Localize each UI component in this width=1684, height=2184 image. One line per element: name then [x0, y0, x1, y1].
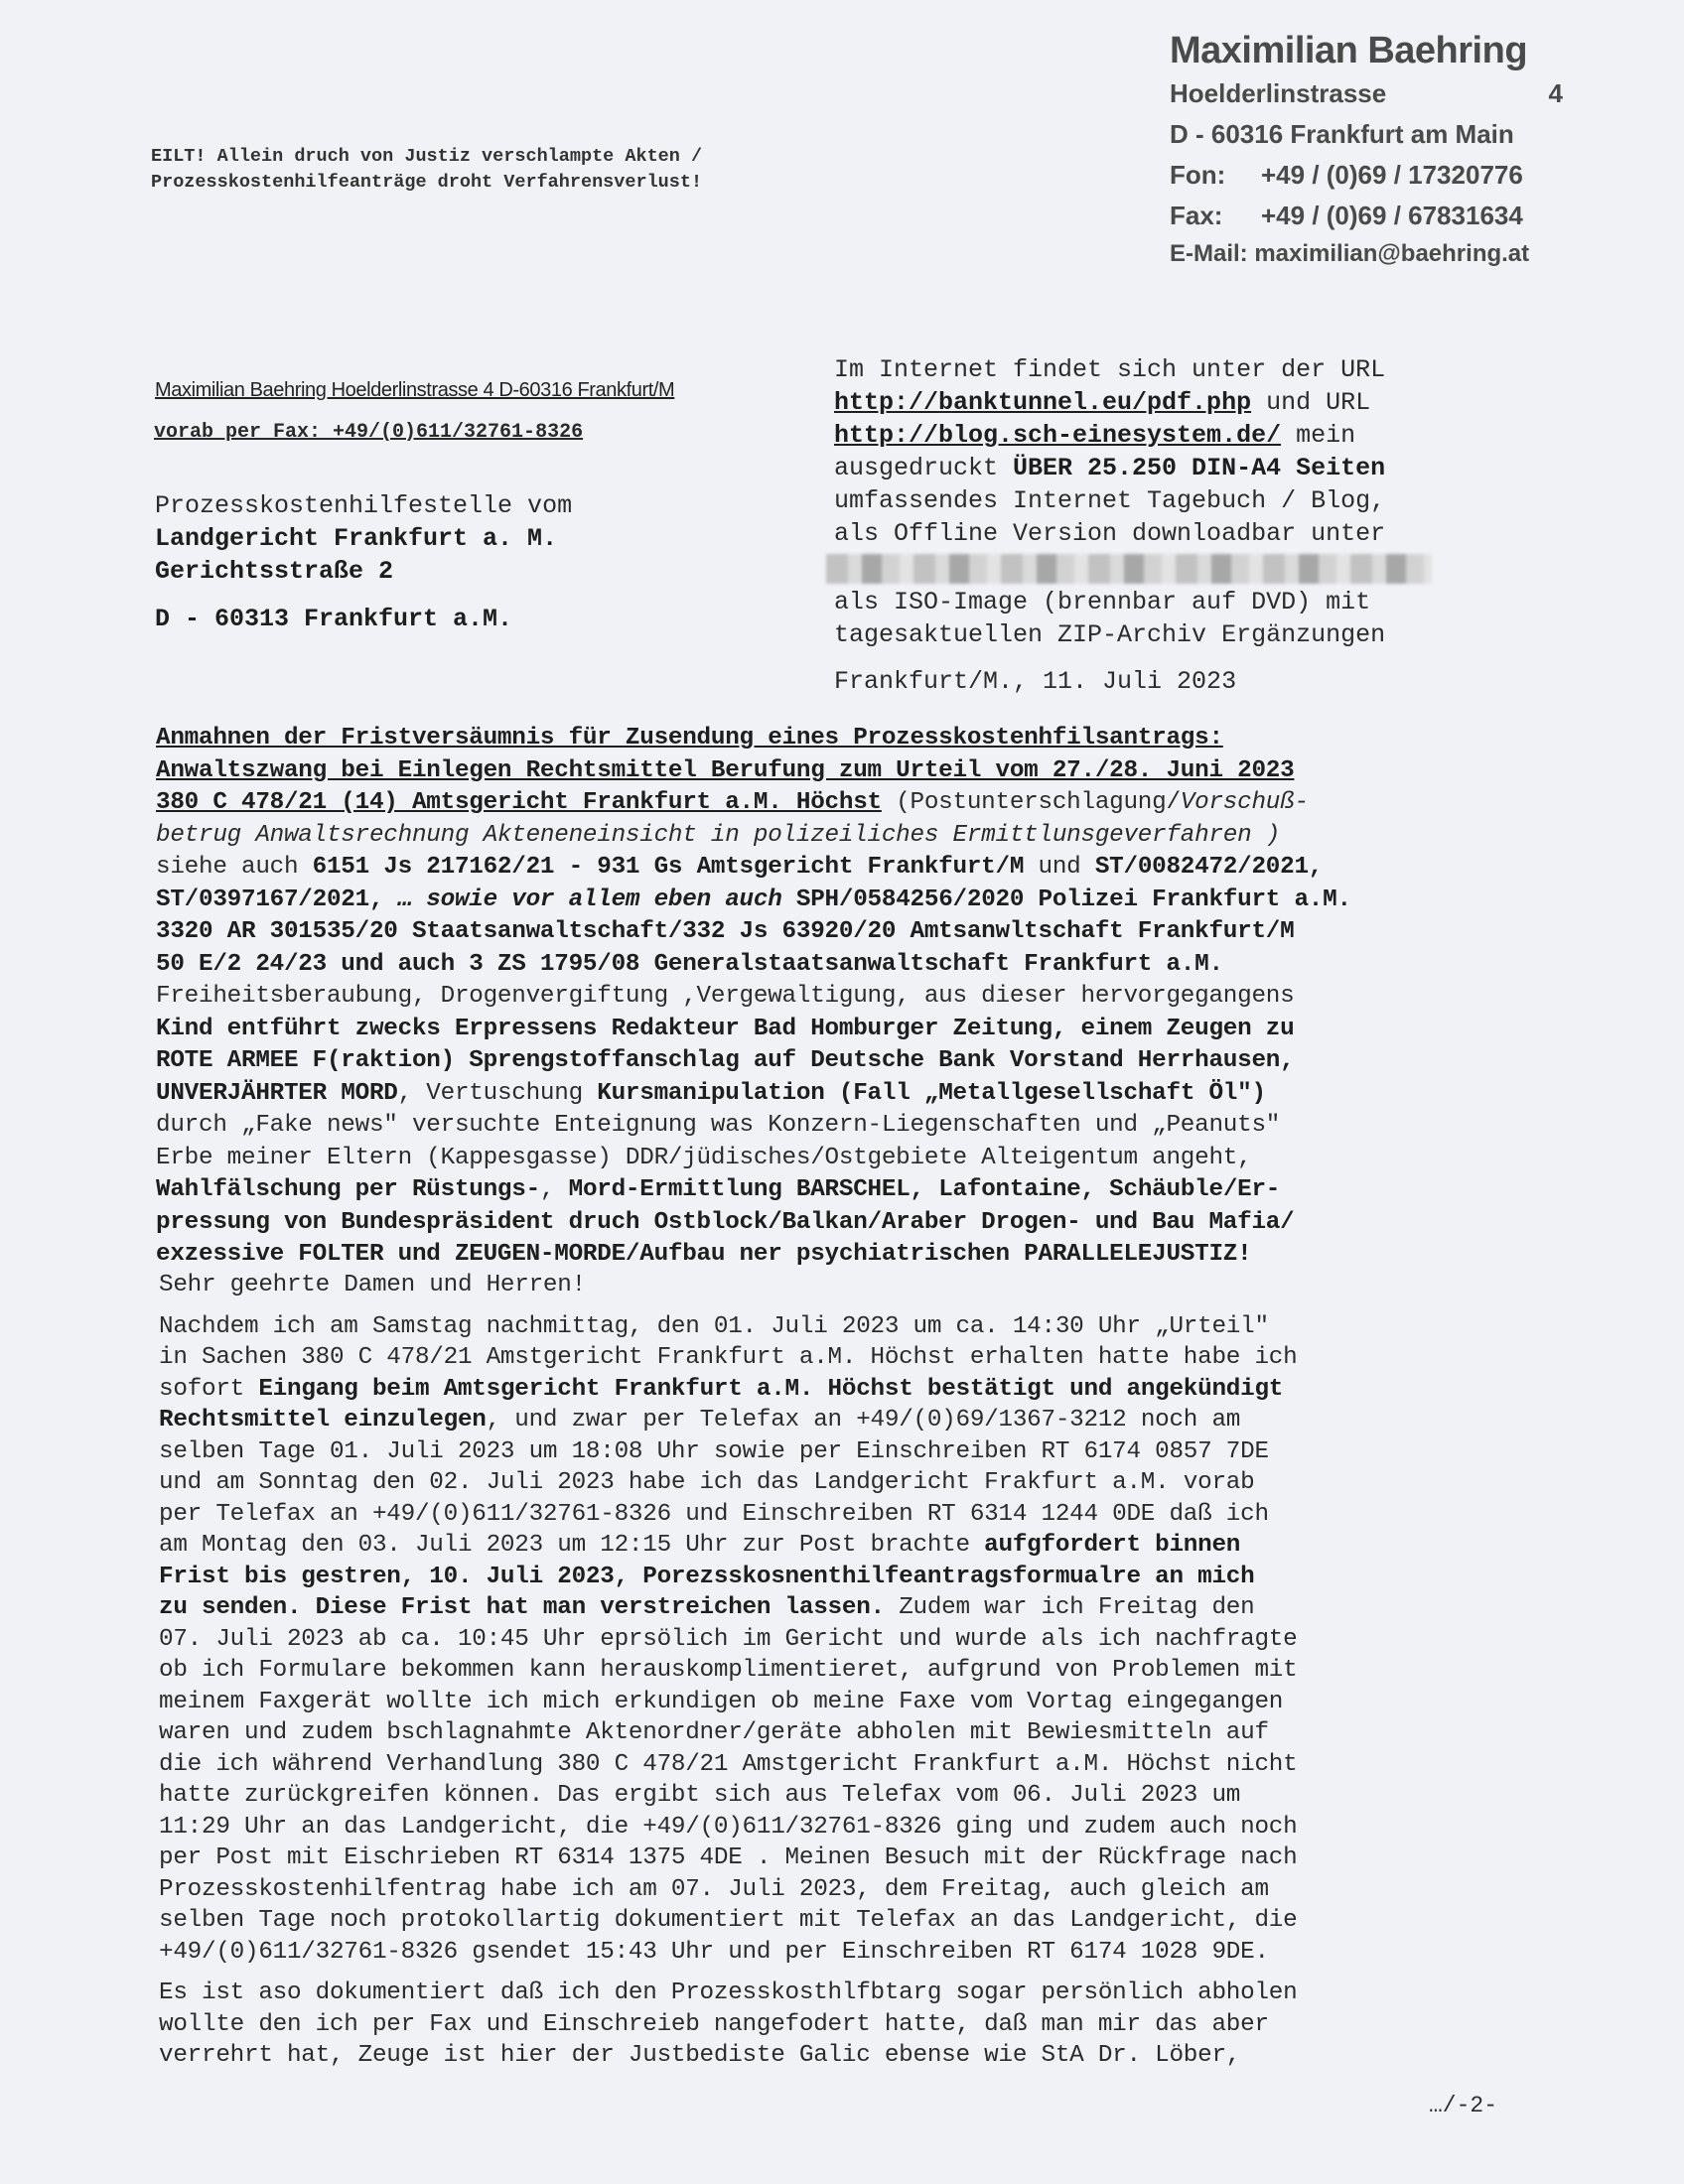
recipient-dept: Prozesskostenhilfestelle vom: [155, 489, 572, 522]
body-line: per Telefax an +49/(0)611/32761-8326 und…: [159, 1499, 1509, 1531]
fax-label: Fax:: [1170, 196, 1261, 236]
recipient-court: Landgericht Frankfurt a. M.: [155, 522, 572, 555]
body-line: zu senden. Diese Frist hat man verstreic…: [159, 1592, 1509, 1624]
redacted-url: [826, 554, 1432, 584]
page-continuation: …/-2-: [1429, 2093, 1497, 2118]
subject-line: pressung von Bundespräsident druch Ostbl…: [156, 1207, 1506, 1240]
emphasis-text: Frist bis gestren, 10. Juli 2023, Porezs…: [159, 1564, 1254, 1590]
recipient-address: Prozesskostenhilfestelle vom Landgericht…: [155, 489, 572, 635]
subject-text: (Postunterschlagung/: [882, 789, 1181, 816]
subject-line: betrug Anwaltsrechnung Akteneneinsicht i…: [156, 820, 1506, 853]
case-number: ST/0397167/2021,: [156, 887, 383, 913]
body-text: Nachdem ich am Samstag nachmittag, den 0…: [159, 1313, 1269, 1340]
body-text: ob ich Formulare bekommen kann herauskom…: [159, 1657, 1297, 1684]
body-line: hatte zurückgreifen können. Das ergibt s…: [159, 1780, 1509, 1812]
subject-line: Freiheitsberaubung, Drogenvergiftung ,Ve…: [156, 981, 1506, 1014]
body-text: selben Tage 01. Juli 2023 um 18:08 Uhr s…: [159, 1438, 1269, 1465]
letterhead-street: Hoelderlinstrasse 4: [1170, 73, 1563, 114]
subject-text: … sowie vor allem eben auch: [383, 887, 781, 913]
body-line: Frist bis gestren, 10. Juli 2023, Porezs…: [159, 1562, 1509, 1593]
paragraph-2: Es ist aso dokumentiert daß ich den Proz…: [159, 1978, 1509, 2072]
body-text: Prozesskostenhilfentrag habe ich am 07. …: [159, 1876, 1269, 1903]
body-text: per Telefax an +49/(0)611/32761-8326 und…: [159, 1501, 1269, 1528]
emphasis-text: Eingang beim Amtsgericht Frankfurt a.M. …: [258, 1376, 1283, 1403]
subject-line: ROTE ARMEE F(raktion) Sprengstoffanschla…: [156, 1045, 1506, 1078]
body-text: selben Tage noch protokollartig dokument…: [159, 1907, 1297, 1934]
letter-body: Sehr geehrte Damen und Herren! Nachdem i…: [159, 1270, 1509, 2082]
body-line: 07. Juli 2023 ab ca. 10:45 Uhr eprsölich…: [159, 1624, 1509, 1656]
body-text: meinem Faxgerät wollte ich mich erkundig…: [159, 1689, 1283, 1715]
letter-date: Frankfurt/M., 11. Juli 2023: [834, 665, 1499, 698]
info-line: tagesaktuellen ZIP-Archiv Ergänzungen: [834, 618, 1499, 651]
letterhead-city: D - 60316 Frankfurt am Main: [1170, 114, 1567, 155]
letterhead-name: Maximilian Baehring: [1170, 28, 1567, 73]
info-line: http://banktunnel.eu/pdf.php und URL: [834, 386, 1499, 419]
recipient-city: D - 60313 Frankfurt a.M.: [155, 603, 572, 635]
subject-text: Vorschuß-: [1181, 789, 1309, 816]
info-box: Im Internet findet sich unter der URL ht…: [834, 353, 1499, 698]
body-text: am Montag den 03. Juli 2023 um 12:15 Uhr…: [159, 1532, 984, 1559]
fax-number: +49 / (0)69 / 67831634: [1261, 196, 1523, 236]
subject-line: exzessive FOLTER und ZEUGEN-MORDE/Aufbau…: [156, 1239, 1506, 1272]
info-text: ausgedruckt: [834, 454, 1013, 482]
phone-number: +49 / (0)69 / 17320776: [1261, 155, 1523, 196]
body-line: meinem Faxgerät wollte ich mich erkundig…: [159, 1687, 1509, 1718]
info-text: und URL: [1251, 388, 1370, 417]
case-number: SPH/0584256/2020 Polizei Frankfurt a.M.: [782, 887, 1351, 913]
subject-text: ,: [540, 1176, 569, 1203]
body-line: selben Tage 01. Juli 2023 um 18:08 Uhr s…: [159, 1436, 1509, 1468]
subject-line: ST/0397167/2021, … sowie vor allem eben …: [156, 885, 1506, 917]
letterhead-fax: Fax: +49 / (0)69 / 67831634: [1170, 196, 1567, 236]
salutation: Sehr geehrte Damen und Herren!: [159, 1270, 1509, 1301]
emphasis-text: zu senden. Diese Frist hat man verstreic…: [159, 1594, 885, 1621]
info-line: ausgedruckt ÜBER 25.250 DIN-A4 Seiten: [834, 452, 1499, 484]
info-line: Im Internet findet sich unter der URL: [834, 353, 1499, 386]
case-number: ST/0082472/2021,: [1095, 854, 1323, 881]
body-text: und am Sonntag den 02. Juli 2023 habe ic…: [159, 1469, 1254, 1496]
subject-block: Anmahnen der Fristversäumnis für Zusendu…: [156, 723, 1506, 1272]
body-line: Rechtsmittel einzulegen, und zwar per Te…: [159, 1405, 1509, 1436]
body-text: +49/(0)611/32761-8326 gsendet 15:43 Uhr …: [159, 1939, 1269, 1966]
body-line: in Sachen 380 C 478/21 Amstgericht Frank…: [159, 1342, 1509, 1374]
subject-line: Anwaltszwang bei Einlegen Rechtsmittel B…: [156, 755, 1506, 788]
info-line: als Offline Version downloadbar unter: [834, 517, 1499, 550]
subject-line: Kind entführt zwecks Erpressens Redakteu…: [156, 1014, 1506, 1046]
house-number: 4: [1549, 73, 1563, 114]
subject-text: , Lafontaine, Schäuble/Er-: [911, 1176, 1281, 1203]
url-banktunnel-link[interactable]: http://banktunnel.eu/pdf.php: [834, 388, 1251, 417]
subject-text: Mord-Ermittlung BARSCHEL: [569, 1176, 911, 1203]
case-number: 6151 Js 217162/21 - 931 Gs Amtsgericht F…: [313, 854, 1025, 881]
body-text: 07. Juli 2023 ab ca. 10:45 Uhr eprsölich…: [159, 1626, 1297, 1653]
subject-text: Wahlfälschung per Rüstungs-: [156, 1176, 540, 1203]
case-number: 380 C 478/21 (14) Amtsgericht Frankfurt …: [156, 789, 882, 816]
recipient-street: Gerichtsstraße 2: [155, 555, 572, 588]
page-count: ÜBER 25.250 DIN-A4 Seiten: [1013, 454, 1385, 482]
body-text: 11:29 Uhr an das Landgericht, die +49/(0…: [159, 1814, 1297, 1841]
body-line: am Montag den 03. Juli 2023 um 12:15 Uhr…: [159, 1530, 1509, 1562]
body-line: und am Sonntag den 02. Juli 2023 habe ic…: [159, 1467, 1509, 1499]
subject-text: , Vertuschung: [398, 1080, 598, 1107]
info-line: http://blog.sch-einesystem.de/ mein: [834, 419, 1499, 452]
letterhead-email: E-Mail: maximilian@baehring.at: [1170, 236, 1567, 272]
body-line: Nachdem ich am Samstag nachmittag, den 0…: [159, 1311, 1509, 1343]
body-text: sofort: [159, 1376, 258, 1403]
body-line: sofort Eingang beim Amtsgericht Frankfur…: [159, 1374, 1509, 1406]
paragraph-1: Nachdem ich am Samstag nachmittag, den 0…: [159, 1311, 1509, 1969]
subject-text: siehe auch: [156, 854, 313, 881]
subject-line: 380 C 478/21 (14) Amtsgericht Frankfurt …: [156, 787, 1506, 820]
body-text: die ich während Verhandlung 380 C 478/21…: [159, 1751, 1297, 1778]
body-line: +49/(0)611/32761-8326 gsendet 15:43 Uhr …: [159, 1937, 1509, 1969]
subject-text: und: [1024, 854, 1095, 881]
subject-text: UNVERJÄHRTER MORD: [156, 1080, 398, 1107]
urgent-line-1: EILT! Allein druch von Justiz verschlamp…: [151, 144, 702, 170]
letterhead: Maximilian Baehring Hoelderlinstrasse 4 …: [1170, 28, 1567, 272]
body-line: verrehrt hat, Zeuge ist hier der Justbed…: [159, 2040, 1509, 2072]
subject-line: 50 E/2 24/23 und auch 3 ZS 1795/08 Gener…: [156, 949, 1506, 982]
subject-line: siehe auch 6151 Js 217162/21 - 931 Gs Am…: [156, 852, 1506, 885]
subject-line: durch „Fake news" versuchte Enteignung w…: [156, 1110, 1506, 1143]
fax-advance-line: vorab per Fax: +49/(0)611/32761-8326: [154, 421, 583, 444]
body-text: , und zwar per Telefax an +49/(0)69/1367…: [487, 1407, 1241, 1433]
info-line: umfassendes Internet Tagebuch / Blog,: [834, 484, 1499, 517]
emphasis-text: Rechtsmittel einzulegen: [159, 1407, 487, 1433]
body-line: selben Tage noch protokollartig dokument…: [159, 1905, 1509, 1937]
body-line: waren und zudem bschlagnahmte Aktenordne…: [159, 1717, 1509, 1749]
info-text: mein: [1281, 421, 1355, 450]
body-line: 11:29 Uhr an das Landgericht, die +49/(0…: [159, 1812, 1509, 1843]
phone-label: Fon:: [1170, 155, 1261, 196]
body-text: waren und zudem bschlagnahmte Aktenordne…: [159, 1719, 1269, 1746]
body-text: Zudem war ich Freitag den: [885, 1594, 1255, 1621]
body-line: ob ich Formulare bekommen kann herauskom…: [159, 1655, 1509, 1687]
subject-line: Wahlfälschung per Rüstungs-, Mord-Ermitt…: [156, 1174, 1506, 1207]
letterhead-phone: Fon: +49 / (0)69 / 17320776: [1170, 155, 1567, 196]
subject-line: Anmahnen der Fristversäumnis für Zusendu…: [156, 723, 1506, 755]
body-text: in Sachen 380 C 478/21 Amstgericht Frank…: [159, 1344, 1297, 1371]
emphasis-text: aufgfordert binnen: [984, 1532, 1240, 1559]
urgent-notice: EILT! Allein druch von Justiz verschlamp…: [151, 144, 702, 196]
body-line: Prozesskostenhilfentrag habe ich am 07. …: [159, 1874, 1509, 1906]
url-blog-link[interactable]: http://blog.sch-einesystem.de/: [834, 421, 1281, 450]
urgent-line-2: Prozesskostenhilfeanträge droht Verfahre…: [151, 170, 702, 196]
subject-line: UNVERJÄHRTER MORD, Vertuschung Kursmanip…: [156, 1078, 1506, 1111]
body-line: die ich während Verhandlung 380 C 478/21…: [159, 1749, 1509, 1781]
body-text: hatte zurückgreifen können. Das ergibt s…: [159, 1782, 1240, 1809]
info-line: als ISO-Image (brennbar auf DVD) mit: [834, 586, 1499, 618]
body-line: Es ist aso dokumentiert daß ich den Proz…: [159, 1978, 1509, 2009]
sender-return-address: Maximilian Baehring Hoelderlinstrasse 4 …: [155, 379, 674, 402]
street: Hoelderlinstrasse: [1170, 73, 1386, 114]
subject-text: Kursmanipulation (Fall „Metallgesellscha…: [597, 1080, 1266, 1107]
body-line: wollte den ich per Fax und Einschreieb n…: [159, 2009, 1509, 2041]
subject-line: Erbe meiner Eltern (Kappesgasse) DDR/jüd…: [156, 1143, 1506, 1175]
subject-line: 3320 AR 301535/20 Staatsanwaltschaft/332…: [156, 916, 1506, 949]
body-text: per Post mit Eischrieben RT 6314 1375 4D…: [159, 1844, 1297, 1871]
body-line: per Post mit Eischrieben RT 6314 1375 4D…: [159, 1843, 1509, 1874]
